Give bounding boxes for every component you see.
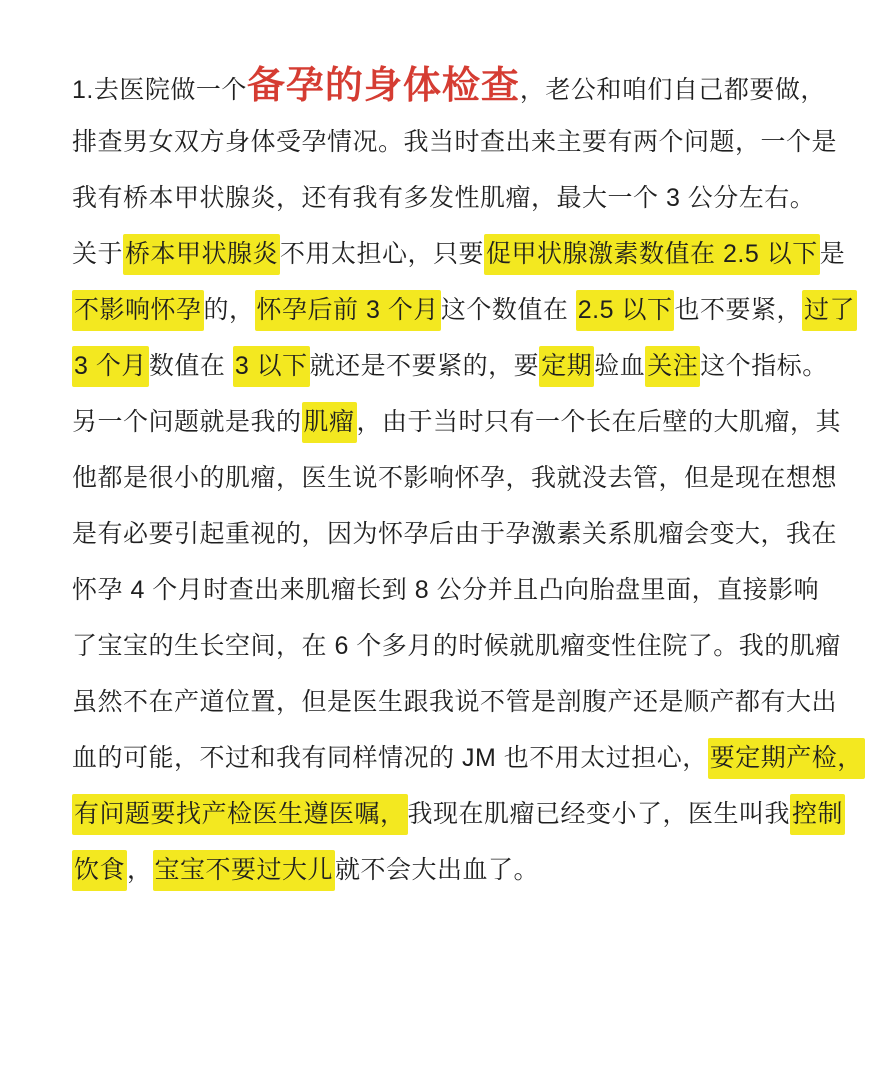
text-segment: 验血 <box>594 352 645 380</box>
text-line: 虽然不在产道位置，但是医生跟我说不管是剖腹产还是顺产都有大出 <box>72 674 832 730</box>
highlighted-text: 促甲状腺激素数值在 2.5 以下 <box>484 234 820 275</box>
paragraph: 1.去医院做一个备孕的身体检查，老公和咱们自己都要做，排查男女双方身体受孕情况。… <box>72 58 832 898</box>
text-segment: 数值在 <box>149 352 233 380</box>
highlighted-text: 不影响怀孕 <box>72 290 204 331</box>
note-page: 1.去医院做一个备孕的身体检查，老公和咱们自己都要做，排查男女双方身体受孕情况。… <box>0 0 888 1076</box>
highlighted-text: 饮食 <box>72 850 127 891</box>
highlighted-text: 桥本甲状腺炎 <box>123 234 280 275</box>
text-line: 他都是很小的肌瘤，医生说不影响怀孕，我就没去管，但是现在想想 <box>72 450 832 506</box>
text-segment: 不用太担心，只要 <box>280 240 484 268</box>
text-segment: ，老公和咱们自己都要做， <box>520 76 826 104</box>
text-segment: 1.去医院做一个 <box>72 76 247 104</box>
text-segment: ，由于当时只有一个长在后壁的大肌瘤，其 <box>357 408 842 436</box>
highlighted-text: 3 以下 <box>233 346 310 387</box>
text-segment: ， <box>127 856 153 884</box>
highlighted-text: 控制 <box>790 794 845 835</box>
text-line: 关于桥本甲状腺炎不用太担心，只要促甲状腺激素数值在 2.5 以下是 <box>72 226 832 282</box>
text-segment: 怀孕 4 个月时查出来肌瘤长到 8 公分并且凸向胎盘里面，直接影响 <box>72 576 819 604</box>
text-segment: 了宝宝的生长空间，在 6 个多月的时候就肌瘤变性住院了。我的肌瘤 <box>72 632 841 660</box>
highlighted-text: 宝宝不要过大儿 <box>153 850 336 891</box>
text-line: 我有桥本甲状腺炎，还有我有多发性肌瘤，最大一个 3 公分左右。 <box>72 170 832 226</box>
text-line: 另一个问题就是我的肌瘤，由于当时只有一个长在后壁的大肌瘤，其 <box>72 394 832 450</box>
text-segment: 就还是不要紧的，要 <box>310 352 540 380</box>
highlighted-text: 要定期产检， <box>708 738 865 779</box>
text-line: 了宝宝的生长空间，在 6 个多月的时候就肌瘤变性住院了。我的肌瘤 <box>72 618 832 674</box>
text-segment: 是有必要引起重视的，因为怀孕后由于孕激素关系肌瘤会变大，我在 <box>72 520 837 548</box>
highlighted-text: 关注 <box>645 346 700 387</box>
text-line: 有问题要找产检医生遵医嘱，我现在肌瘤已经变小了，医生叫我控制 <box>72 786 832 842</box>
highlighted-text: 怀孕后前 3 个月 <box>255 290 441 331</box>
text-segment: 关于 <box>72 240 123 268</box>
highlighted-text: 过了 <box>802 290 857 331</box>
text-segment: 这个指标。 <box>700 352 828 380</box>
text-segment: 虽然不在产道位置，但是医生跟我说不管是剖腹产还是顺产都有大出 <box>72 688 837 716</box>
highlighted-text: 3 个月 <box>72 346 149 387</box>
text-segment: 排查男女双方身体受孕情况。我当时查出来主要有两个问题，一个是 <box>72 128 837 156</box>
text-segment: 这个数值在 <box>441 296 576 324</box>
text-line: 不影响怀孕的，怀孕后前 3 个月这个数值在 2.5 以下也不要紧，过了 <box>72 282 832 338</box>
text-segment: 我现在肌瘤已经变小了，医生叫我 <box>408 800 791 828</box>
text-line: 血的可能，不过和我有同样情况的 JM 也不用太过担心，要定期产检， <box>72 730 832 786</box>
highlighted-text: 肌瘤 <box>302 402 357 443</box>
text-line: 排查男女双方身体受孕情况。我当时查出来主要有两个问题，一个是 <box>72 114 832 170</box>
text-segment: 我有桥本甲状腺炎，还有我有多发性肌瘤，最大一个 3 公分左右。 <box>72 184 815 212</box>
text-segment: 是 <box>820 240 846 268</box>
text-line: 3 个月数值在 3 以下就还是不要紧的，要定期验血关注这个指标。 <box>72 338 832 394</box>
text-line: 饮食，宝宝不要过大儿就不会大出血了。 <box>72 842 832 898</box>
highlighted-text: 有问题要找产检医生遵医嘱， <box>72 794 408 835</box>
text-segment: 也不要紧， <box>674 296 802 324</box>
text-segment: 另一个问题就是我的 <box>72 408 302 436</box>
text-line: 是有必要引起重视的，因为怀孕后由于孕激素关系肌瘤会变大，我在 <box>72 506 832 562</box>
text-segment: 血的可能，不过和我有同样情况的 JM 也不用太过担心， <box>72 744 708 772</box>
highlighted-text: 定期 <box>539 346 594 387</box>
highlighted-text: 2.5 以下 <box>576 290 675 331</box>
text-segment: 他都是很小的肌瘤，医生说不影响怀孕，我就没去管，但是现在想想 <box>72 464 837 492</box>
text-line: 1.去医院做一个备孕的身体检查，老公和咱们自己都要做， <box>72 58 832 114</box>
text-segment: 就不会大出血了。 <box>335 856 539 884</box>
text-segment: 的， <box>204 296 255 324</box>
text-line: 怀孕 4 个月时查出来肌瘤长到 8 公分并且凸向胎盘里面，直接影响 <box>72 562 832 618</box>
red-title-text: 备孕的身体检查 <box>247 65 520 107</box>
